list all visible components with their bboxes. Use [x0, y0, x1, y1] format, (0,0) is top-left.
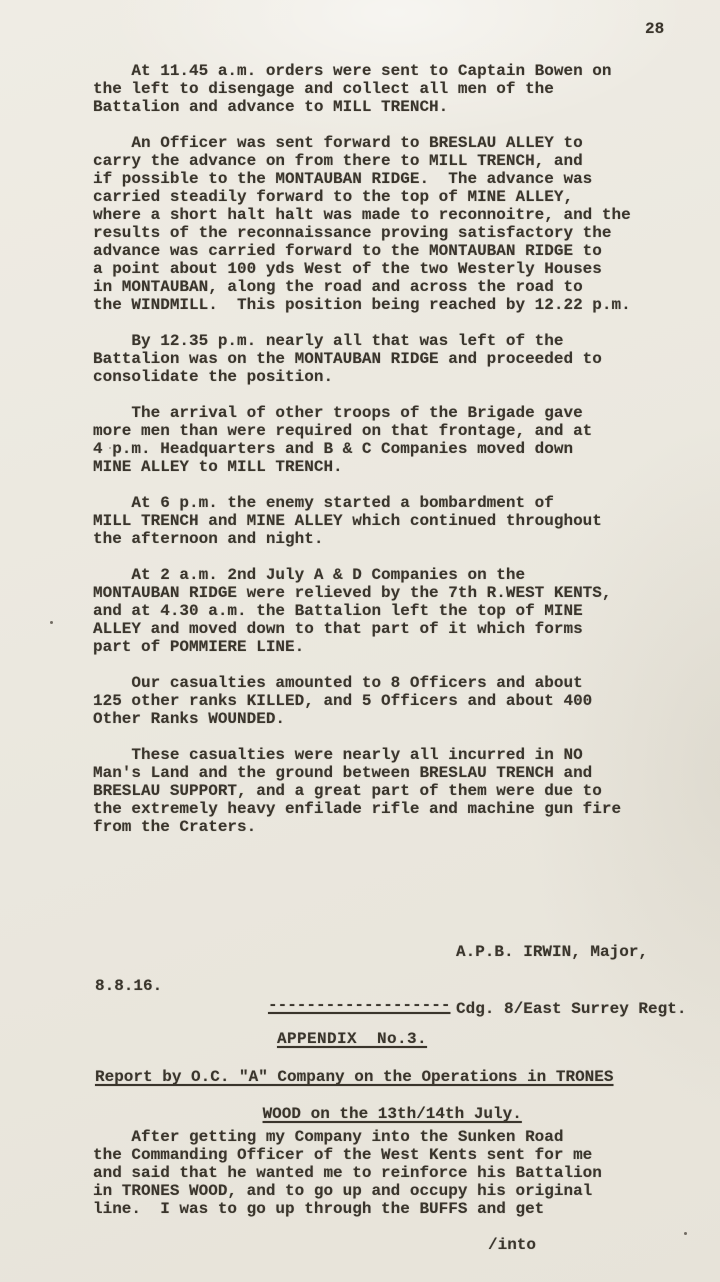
- paper-speck: [109, 447, 111, 449]
- catchword: /into: [488, 1236, 536, 1254]
- document-page: 28 At 11.45 a.m. orders were sent to Cap…: [0, 0, 720, 1282]
- report-heading-line2: WOOD on the 13th/14th July.: [263, 1105, 522, 1123]
- signature-title: Cdg. 8/East Surrey Regt.: [456, 1000, 686, 1019]
- separator-dashes: -------------------: [268, 996, 450, 1014]
- signature-block: A.P.B. IRWIN, Major, Cdg. 8/East Surrey …: [456, 905, 686, 1057]
- paragraph: By 12.35 p.m. nearly all that was left o…: [93, 332, 659, 386]
- paper-speck: [50, 621, 53, 624]
- appendix-heading: APPENDIX No.3.: [277, 1030, 427, 1048]
- page-number: 28: [645, 20, 664, 38]
- report-heading-line1: Report by O.C. "A" Company on the Operat…: [95, 1068, 613, 1086]
- paragraph: Our casualties amounted to 8 Officers an…: [93, 674, 659, 728]
- paragraph: At 6 p.m. the enemy started a bombardmen…: [93, 494, 659, 548]
- closing-paragraph: After getting my Company into the Sunken…: [93, 1128, 602, 1218]
- date: 8.8.16.: [95, 977, 162, 995]
- paragraph: An Officer was sent forward to BRESLAU A…: [93, 134, 659, 314]
- signature-name: A.P.B. IRWIN, Major,: [456, 943, 686, 962]
- document-body: At 11.45 a.m. orders were sent to Captai…: [93, 62, 659, 854]
- paragraph: The arrival of other troops of the Briga…: [93, 404, 659, 476]
- paragraph: At 11.45 a.m. orders were sent to Captai…: [93, 62, 659, 116]
- paper-speck: [684, 1232, 687, 1235]
- paragraph: At 2 a.m. 2nd July A & D Companies on th…: [93, 566, 659, 656]
- paragraph: These casualties were nearly all incurre…: [93, 746, 659, 836]
